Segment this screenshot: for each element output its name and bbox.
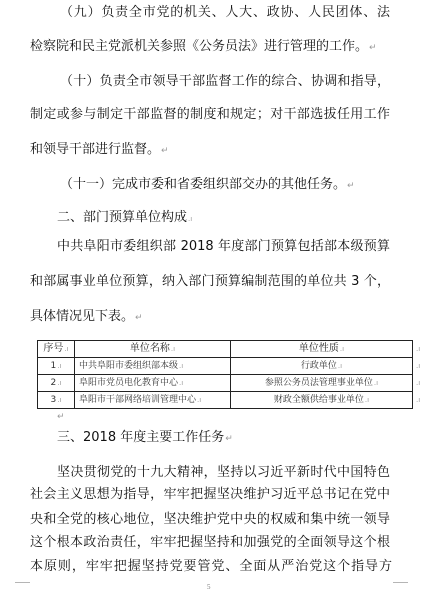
heading-text: 二、部门预算单位构成 [57,210,187,225]
paragraph-line: （十一）完成市委和省委组织部交办的其他任务。↵ [60,176,355,194]
row-end-mark-icon: .ı [416,378,420,388]
line-text: 中共阜阳市委组织部 2018 年度部门预算包括部本级预算 [57,239,390,254]
table-row: 3.ı 阜阳市干部网络培训管理中心.ı 财政全额供给事业单位.ı [38,392,413,409]
paragraph-line: 和领导干部进行监督。↵ [30,141,169,159]
paragraph-mark-icon: ↵ [161,146,169,156]
paragraph-line: 社会主义思想为指导，牢牢把握坚决维护习近平总书记在党中 [30,486,390,504]
paragraph-line: 中共阜阳市委组织部 2018 年度部门预算包括部本级预算 [57,238,390,256]
section-heading: 三、2018 年度主要工作任务↵ [57,429,233,447]
line-text: （九）负责全市党的机关、人大、政协、人民团体、法院、 [60,5,390,22]
line-text: 和部属事业单位预算，纳入部门预算编制范围的单位共 3 个， [30,274,390,289]
paragraph-mark-icon: ↵ [225,434,233,444]
paragraph-mark-icon: ↵ [347,181,355,191]
page-number: 5 [207,583,211,591]
table-header-row: 序号.ı 单位名称.ı 单位性质.ı [38,341,413,358]
table-row: 1.ı 中共阜阳市委组织部本级.ı 行政单位.ı [38,358,413,375]
line-text: （十一）完成市委和省委组织部交办的其他任务。 [60,177,346,192]
cell-unit-name: 中共阜阳市委组织部本级.ı [75,358,231,375]
line-text: 和领导干部进行监督。 [30,142,160,157]
document-page: （九）负责全市党的机关、人大、政协、人民团体、法院、 检察院和民主党派机关参照《… [0,0,429,598]
paragraph-line: 检察院和民主党派机关参照《公务员法》进行管理的工作。↵ [30,38,377,56]
cell-unit-name: 阜阳市干部网络培训管理中心.ı [75,392,231,409]
section-heading: 二、部门预算单位构成.ı [57,209,192,227]
paragraph-line: 制定或参与制定干部监督的制度和规定；对干部选拔任用工作 [30,106,390,124]
paragraph-mark-icon: ↵ [57,412,65,422]
paragraph-mark-icon: .ı [188,215,192,223]
line-text: 检察院和民主党派机关参照《公务员法》进行管理的工作。 [30,39,368,54]
paragraph-mark-icon: ↵ [369,43,377,53]
paragraph-line: 本原则，牢牢把握坚持党要管党、全面从严治党这个指导方针， [30,558,392,576]
footer-rule-right [393,582,408,583]
paragraph-line: 这个根本政治责任，牢牢把握坚持和加强党的全面领导这个根 [30,534,390,552]
row-end-mark-icon: .ı [416,395,420,405]
cell-index: 3.ı [38,392,75,409]
cell-unit-type: 参照公务员法管理事业单位.ı [231,375,413,392]
cell-index: 1.ı [38,358,75,375]
header-unit-name: 单位名称.ı [75,341,231,358]
footer-rule-left [15,582,30,583]
line-text: 制定或参与制定干部监督的制度和规定；对干部选拔任用工作 [30,107,390,122]
cell-unit-name: 阜阳市党员电化教育中心.ı [75,375,231,392]
line-text: 本原则，牢牢把握坚持党要管党、全面从严治党这个指导方针， [30,559,392,576]
line-text: 具体情况见下表。 [30,309,134,324]
header-unit-type: 单位性质.ı [231,341,413,358]
cell-index: 2.ı [38,375,75,392]
table-row: 2.ı 阜阳市党员电化教育中心.ı 参照公务员法管理事业单位.ı [38,375,413,392]
paragraph-line: 和部属事业单位预算，纳入部门预算编制范围的单位共 3 个， [30,273,390,291]
paragraph-mark-icon: ↵ [135,313,143,323]
row-end-mark-icon: .ı [416,361,420,371]
heading-text: 三、2018 年度主要工作任务 [57,430,224,445]
line-text: 坚决贯彻党的十九大精神，坚持以习近平新时代中国特色 [57,465,390,480]
row-end-mark-icon: .ı [416,344,420,354]
line-text: （十）负责全市领导干部监督工作的综合、协调和指导， [60,74,390,89]
line-text: 社会主义思想为指导，牢牢把握坚决维护习近平总书记在党中 [30,487,390,502]
header-index: 序号.ı [38,341,75,358]
cell-unit-type: 行政单位.ı [231,358,413,375]
line-text: 央和全党的核心地位，坚决维护党中央的权威和集中统一领导 [30,512,390,527]
paragraph-line: 具体情况见下表。↵ [30,308,143,326]
paragraph-line: （十）负责全市领导干部监督工作的综合、协调和指导， [60,73,390,91]
budget-units-table: 序号.ı 单位名称.ı 单位性质.ı 1.ı 中共阜阳市委组织部本级.ı 行政单… [37,340,413,409]
cell-unit-type: 财政全额供给事业单位.ı [231,392,413,409]
paragraph-line: （九）负责全市党的机关、人大、政协、人民团体、法院、 [60,4,390,22]
paragraph-line: 坚决贯彻党的十九大精神，坚持以习近平新时代中国特色 [57,464,390,482]
line-text: 这个根本政治责任，牢牢把握坚持和加强党的全面领导这个根 [30,535,390,550]
paragraph-line: 央和全党的核心地位，坚决维护党中央的权威和集中统一领导 [30,511,390,529]
